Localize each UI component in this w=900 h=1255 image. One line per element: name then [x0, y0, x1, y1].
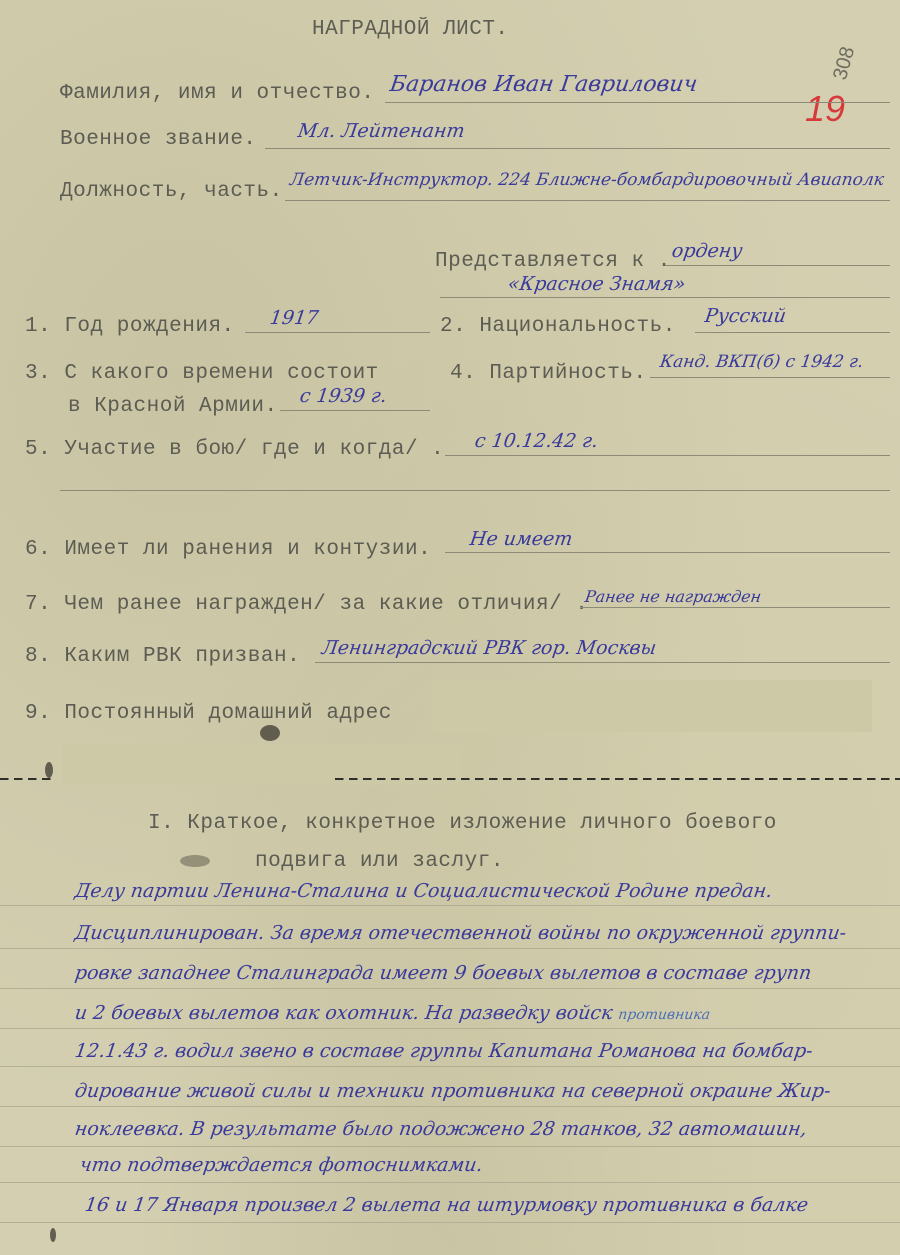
item-8-label: 8. Каким РВК призван.: [25, 645, 300, 668]
narrative-line-5: 12.1.43 г. водил звено в составе группы …: [73, 1040, 814, 1062]
narrative-line-2: Дисциплинирован. За время отечественной …: [73, 922, 847, 944]
archive-pencil-number: 308: [829, 44, 860, 82]
item-5-value: с 10.12.42 г.: [473, 430, 599, 452]
nomination-value-2: «Красное Знамя»: [506, 273, 686, 295]
field-value-position: Летчик-Инструктор. 224 Ближне-бомбардиро…: [289, 170, 886, 190]
item-2-label: 2. Национальность.: [440, 315, 676, 338]
narrative-line-1: Делу партии Ленина-Сталина и Социалистич…: [73, 880, 773, 902]
item-6-value: Не имеет: [468, 528, 573, 550]
field-label-rank: Военное звание.: [60, 128, 257, 151]
item-5-label: 5. Участие в бою/ где и когда/ .: [25, 438, 444, 461]
section-heading-1: I. Краткое, конкретное изложение личного…: [148, 812, 777, 835]
narrative-line-7: ноклеевка. В результате было подожжено 2…: [73, 1118, 808, 1140]
field-value-rank: Мл. Лейтенант: [296, 120, 466, 142]
field-label-position: Должность, часть.: [60, 180, 283, 203]
nomination-value-1: ордену: [670, 240, 744, 262]
item-4-label: 4. Партийность.: [450, 362, 647, 385]
narrative-line-6: дирование живой силы и техники противник…: [73, 1080, 832, 1102]
section-heading-2: подвига или заслуг.: [255, 850, 504, 873]
item-4-value: Канд. ВКП(б) с 1942 г.: [659, 352, 865, 372]
item-1-label: 1. Год рождения.: [25, 315, 235, 338]
narrative-insert-note: противника: [617, 1007, 711, 1023]
item-1-value: 1917: [268, 307, 319, 329]
document-title: НАГРАДНОЙ ЛИСТ.: [312, 18, 509, 41]
item-2-value: Русский: [703, 305, 787, 327]
field-value-full-name: Баранов Иван Гаврилович: [388, 72, 699, 97]
item-3-label: 3. С какого времени состоит: [25, 362, 379, 385]
nomination-label: Представляется к .: [435, 250, 671, 273]
narrative-line-3: ровке западнее Сталинграда имеет 9 боевы…: [73, 962, 812, 984]
redacted-address: [432, 680, 872, 732]
narrative-line-9: 16 и 17 Января произвел 2 вылета на штур…: [83, 1194, 809, 1216]
item-3-label-2: в Красной Армии.: [68, 395, 278, 418]
archive-red-number: 19: [805, 88, 845, 130]
item-9-label: 9. Постоянный домашний адрес: [25, 702, 392, 725]
item-6-label: 6. Имеет ли ранения и контузии.: [25, 538, 431, 561]
field-label-full-name: Фамилия, имя и отчество.: [60, 82, 374, 105]
item-7-label: 7. Чем ранее награжден/ за какие отличия…: [25, 593, 588, 616]
narrative-line-8: что подтверждается фотоснимками.: [78, 1154, 484, 1176]
narrative-line-4: и 2 боевых вылетов как охотник. На разве…: [73, 1002, 711, 1024]
item-3-value: с 1939 г.: [298, 385, 388, 407]
item-8-value: Ленинградский РВК гор. Москвы: [320, 637, 657, 659]
item-7-value: Ранее не награжден: [584, 587, 763, 606]
